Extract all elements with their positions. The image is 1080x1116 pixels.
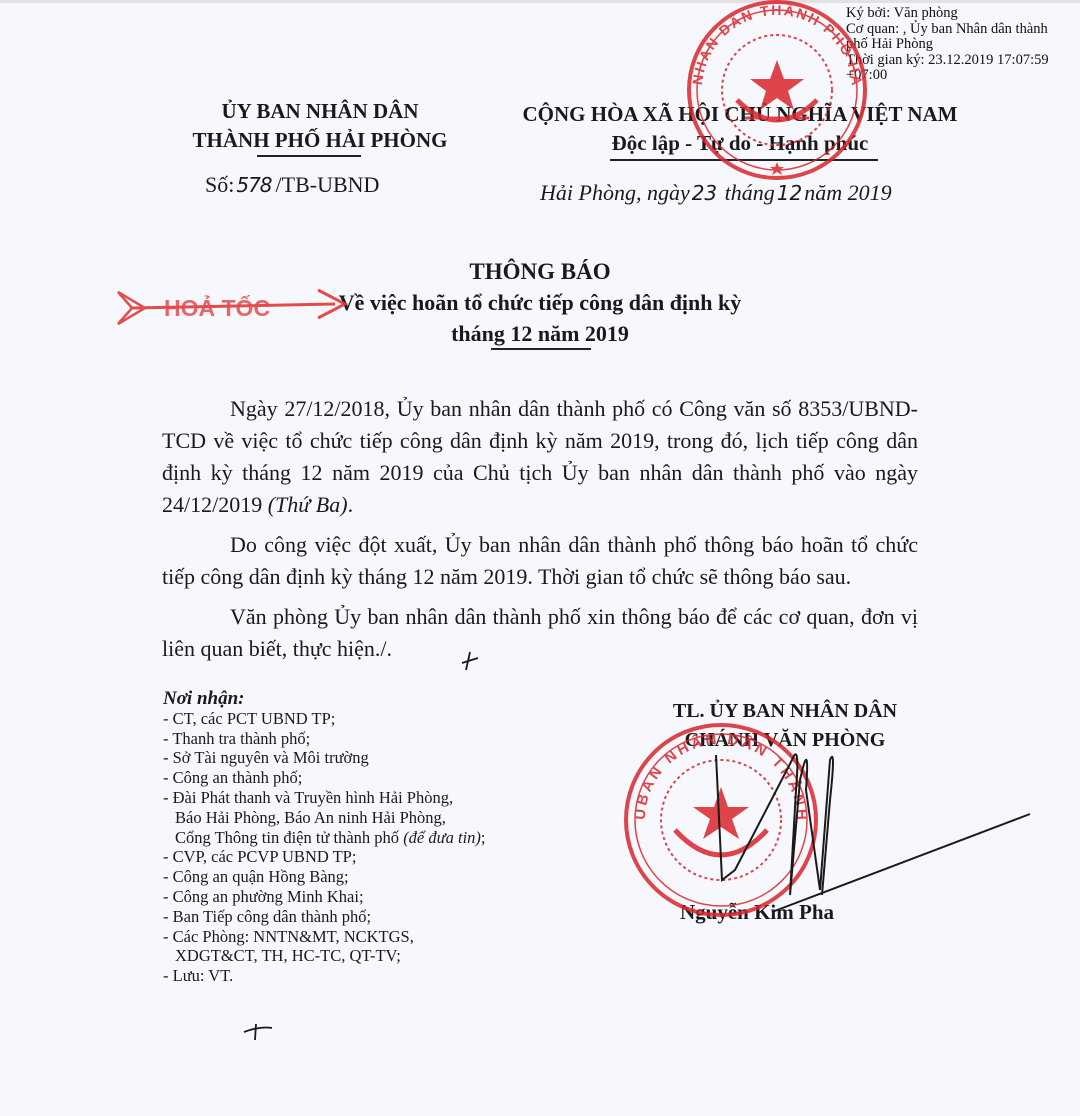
- motto-underline: [610, 159, 878, 161]
- nation-motto: Độc lập - Tự do - Hạnh phúc: [505, 129, 975, 158]
- document-title: THÔNG BÁO Về việc hoãn tổ chức tiếp công…: [270, 256, 810, 349]
- recipient: - CVP, các PCVP UBND TP;: [163, 847, 583, 867]
- paragraph-3: Văn phòng Ủy ban nhân dân thành phố xin …: [162, 601, 918, 665]
- agency-line-2: THÀNH PHỐ HẢI PHÒNG: [140, 126, 500, 155]
- recipient-cont: XDGT&CT, TH, HC-TC, QT-TV;: [163, 946, 583, 966]
- signing-timezone: +07:00: [846, 68, 1076, 84]
- recipients-list: Nơi nhận: - CT, các PCT UBND TP; - Thanh…: [163, 689, 583, 986]
- signed-by: Ký bởi: Văn phòng: [846, 6, 1076, 22]
- recipient-cont: Cổng Thông tin điện tử thành phố (để đưa…: [163, 828, 583, 848]
- svg-text:NHÂN DÂN THÀNH PHỐ HẢI: NHÂN DÂN THÀNH PHỐ HẢI: [0, 0, 865, 88]
- recipient: - Thanh tra thành phố;: [163, 729, 583, 749]
- document-number: Số:578/TB-UBND: [205, 172, 379, 198]
- paragraph-1: Ngày 27/12/2018, Ủy ban nhân dân thành p…: [162, 393, 918, 521]
- signing-time: Thời gian ký: 23.12.2019 17:07:59: [846, 53, 1076, 69]
- signing-agency-cont: phố Hải Phòng: [846, 37, 1076, 53]
- subject-line-1: Về việc hoãn tổ chức tiếp công dân định …: [270, 287, 810, 318]
- issuing-agency: ỦY BAN NHÂN DÂN THÀNH PHỐ HẢI PHÒNG: [140, 97, 500, 155]
- top-edge: [0, 0, 1080, 3]
- svg-text:HOẢ TỐC: HOẢ TỐC: [164, 293, 270, 321]
- signer-line-2: CHÁNH VĂN PHÒNG: [620, 726, 950, 755]
- signer-name: Nguyễn Kim Pha: [680, 900, 834, 925]
- digital-signature-info: Ký bởi: Văn phòng Cơ quan: , Ủy ban Nhân…: [846, 6, 1076, 84]
- recipient: - Công an phường Minh Khai;: [163, 887, 583, 907]
- date-month: 12: [775, 181, 804, 205]
- date-place: Hải Phòng, ngày: [540, 180, 690, 205]
- signer-line-1: TL. ỦY BAN NHÂN DÂN: [620, 697, 950, 726]
- recipient: - Lưu: VT.: [163, 966, 583, 986]
- issue-date: Hải Phòng, ngày23 tháng12năm 2019: [540, 180, 892, 206]
- handwritten-signature-icon: [716, 754, 1030, 912]
- date-day: 23: [690, 181, 719, 205]
- recipient: - Công an thành phố;: [163, 768, 583, 788]
- recipient: - Các Phòng: NNTN&MT, NCKTGS,: [163, 927, 583, 947]
- agency-underline: [257, 155, 361, 157]
- document-body: Ngày 27/12/2018, Ủy ban nhân dân thành p…: [162, 393, 918, 673]
- recipient: - Công an quận Hồng Bàng;: [163, 867, 583, 887]
- doc-type: THÔNG BÁO: [270, 256, 810, 287]
- recipient: - Đài Phát thanh và Truyền hình Hải Phòn…: [163, 788, 583, 808]
- nation-name: CỘNG HÒA XÃ HỘI CHỦ NGHĨA VIỆT NAM: [505, 100, 975, 129]
- national-header: CỘNG HÒA XÃ HỘI CHỦ NGHĨA VIỆT NAM Độc l…: [505, 100, 975, 158]
- signer-title: TL. ỦY BAN NHÂN DÂN CHÁNH VĂN PHÒNG: [620, 697, 950, 755]
- agency-line-1: ỦY BAN NHÂN DÂN: [140, 97, 500, 126]
- doc-number-handwritten: 578: [234, 173, 275, 197]
- recipient: - CT, các PCT UBND TP;: [163, 709, 583, 729]
- doc-number-prefix: Số:: [205, 172, 234, 197]
- signing-agency: Cơ quan: , Ủy ban Nhân dân thành: [846, 22, 1076, 38]
- recipients-heading: Nơi nhận:: [163, 689, 583, 709]
- recipient: - Sở Tài nguyên và Môi trường: [163, 748, 583, 768]
- subject-line-2: tháng 12 năm 2019: [270, 318, 810, 349]
- date-year: năm 2019: [804, 180, 891, 205]
- paragraph-2: Do công việc đột xuất, Ủy ban nhân dân t…: [162, 529, 918, 593]
- doc-number-suffix: /TB-UBND: [276, 172, 380, 197]
- recipient-cont: Báo Hải Phòng, Báo An ninh Hải Phòng,: [163, 808, 583, 828]
- date-month-label: tháng: [725, 180, 775, 205]
- recipient: - Ban Tiếp công dân thành phố;: [163, 907, 583, 927]
- title-underline: [491, 348, 591, 350]
